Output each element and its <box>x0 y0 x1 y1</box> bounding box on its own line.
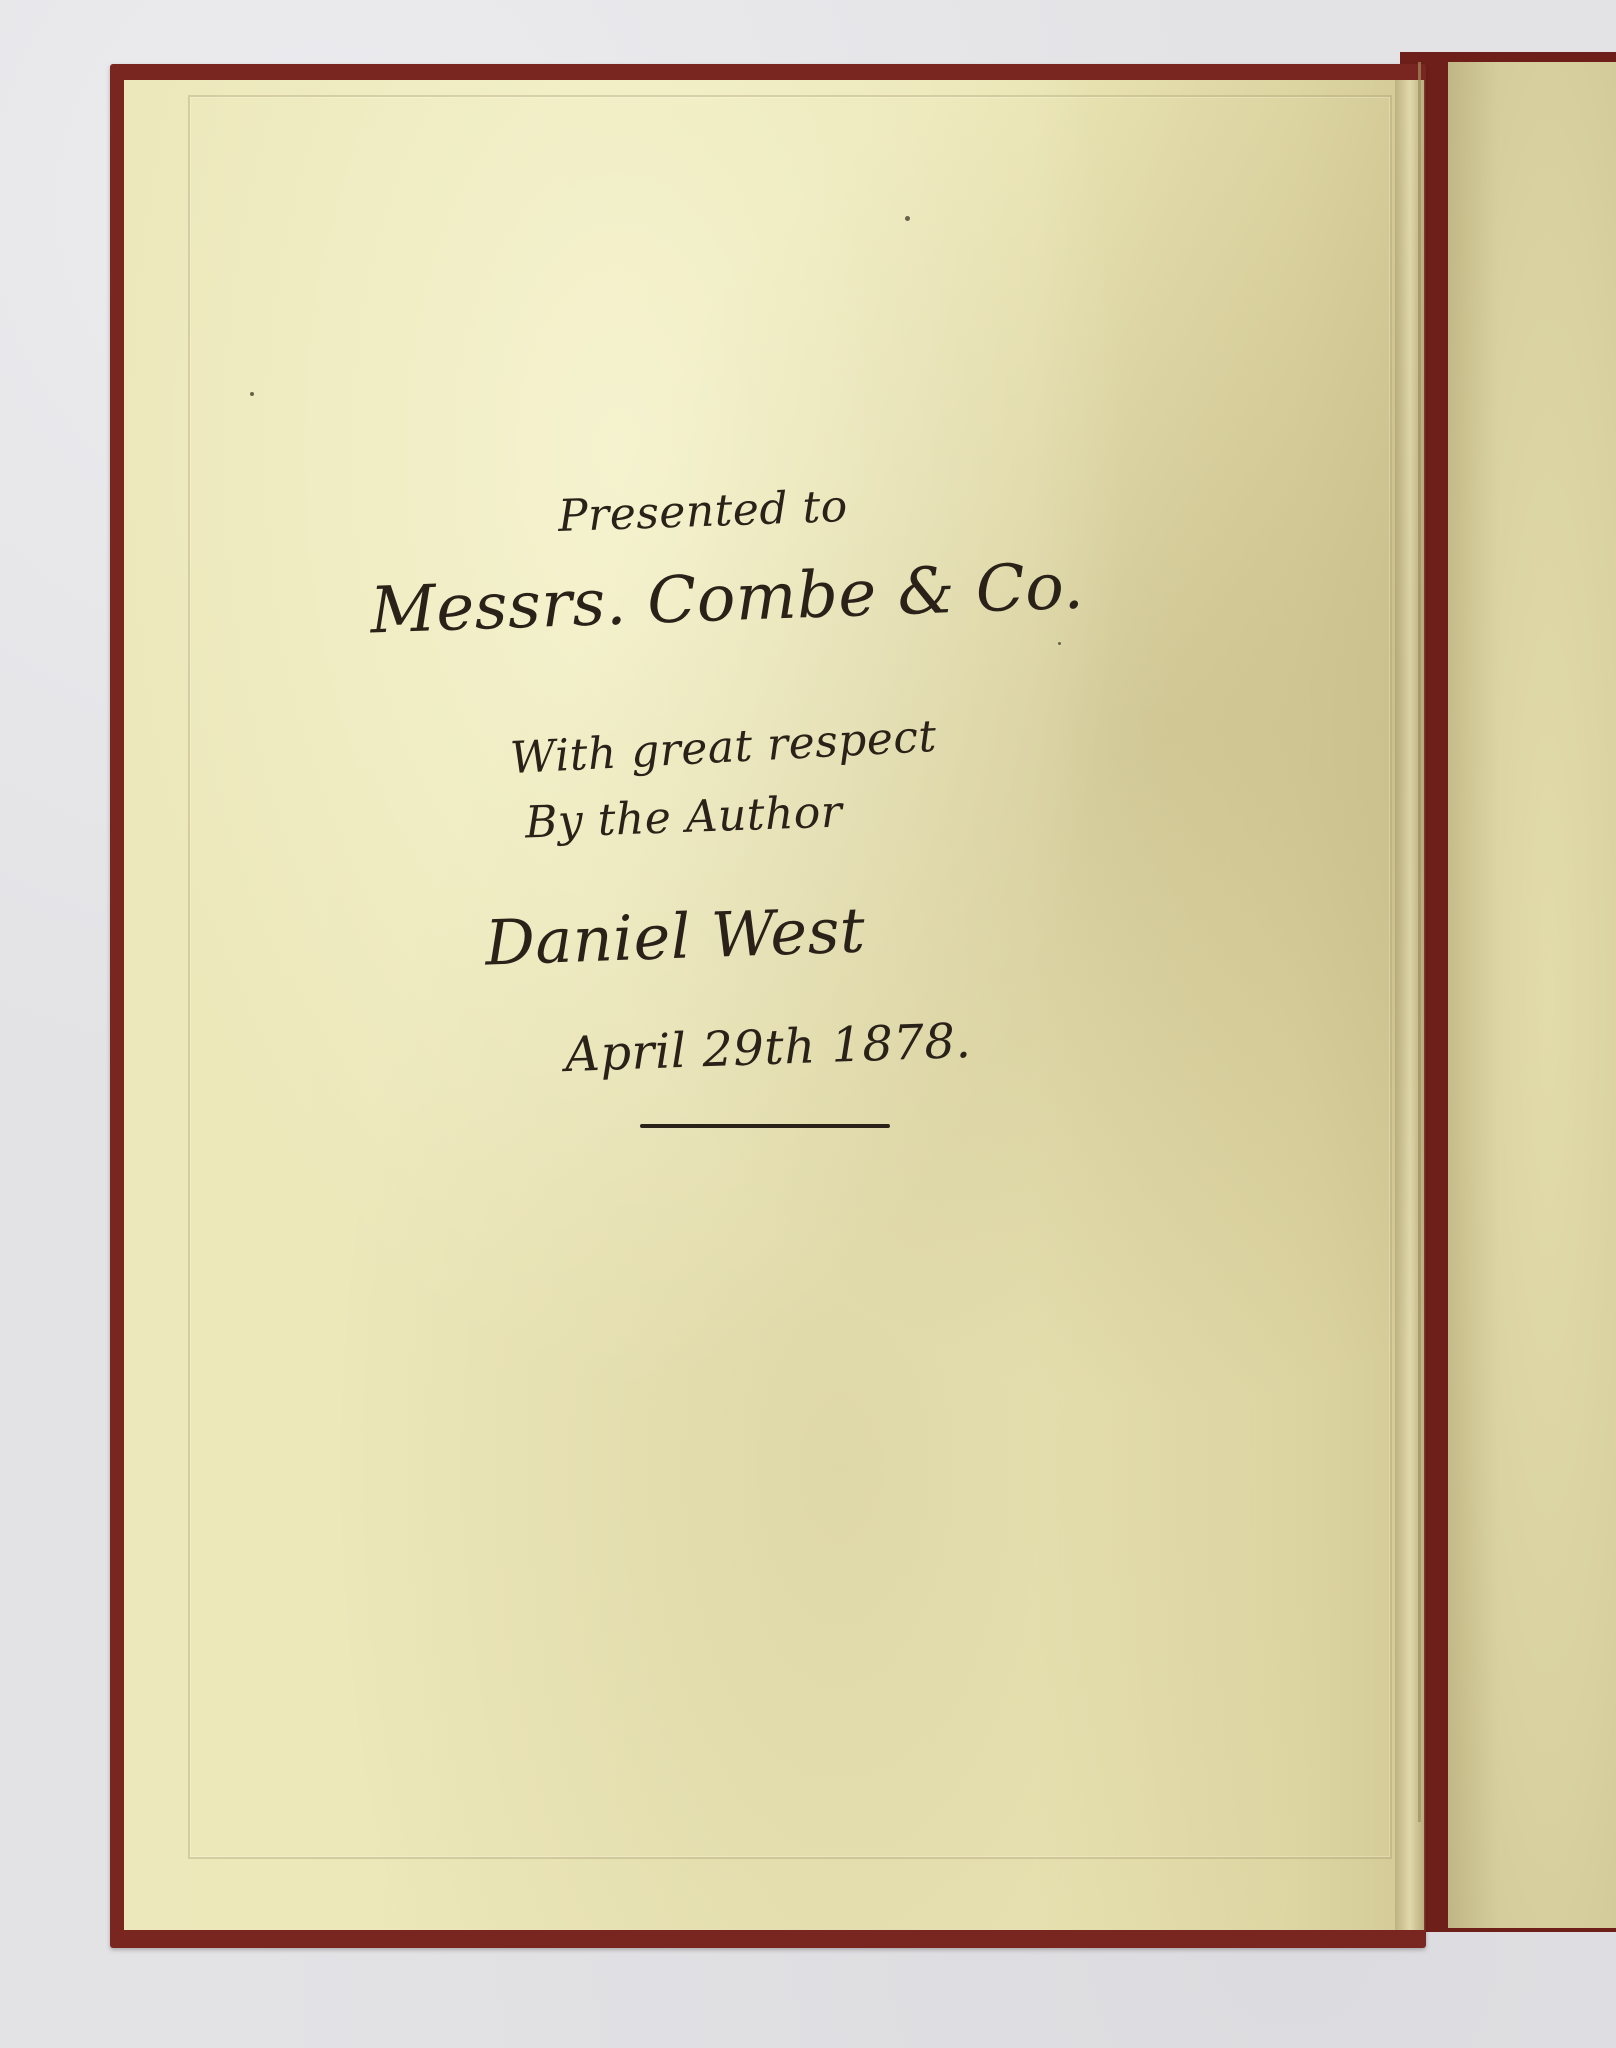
blind-embossed-border <box>188 95 1392 1859</box>
inscription-underline <box>640 1124 890 1128</box>
author-signature: Daniel West <box>484 893 867 979</box>
foxing-spot <box>905 216 910 221</box>
gutter-crease <box>1418 62 1421 1822</box>
foxing-spot <box>250 392 254 396</box>
inscription-line-presented: Presented to <box>557 481 848 542</box>
facing-page <box>1448 62 1616 1928</box>
foxing-spot <box>1058 642 1061 645</box>
